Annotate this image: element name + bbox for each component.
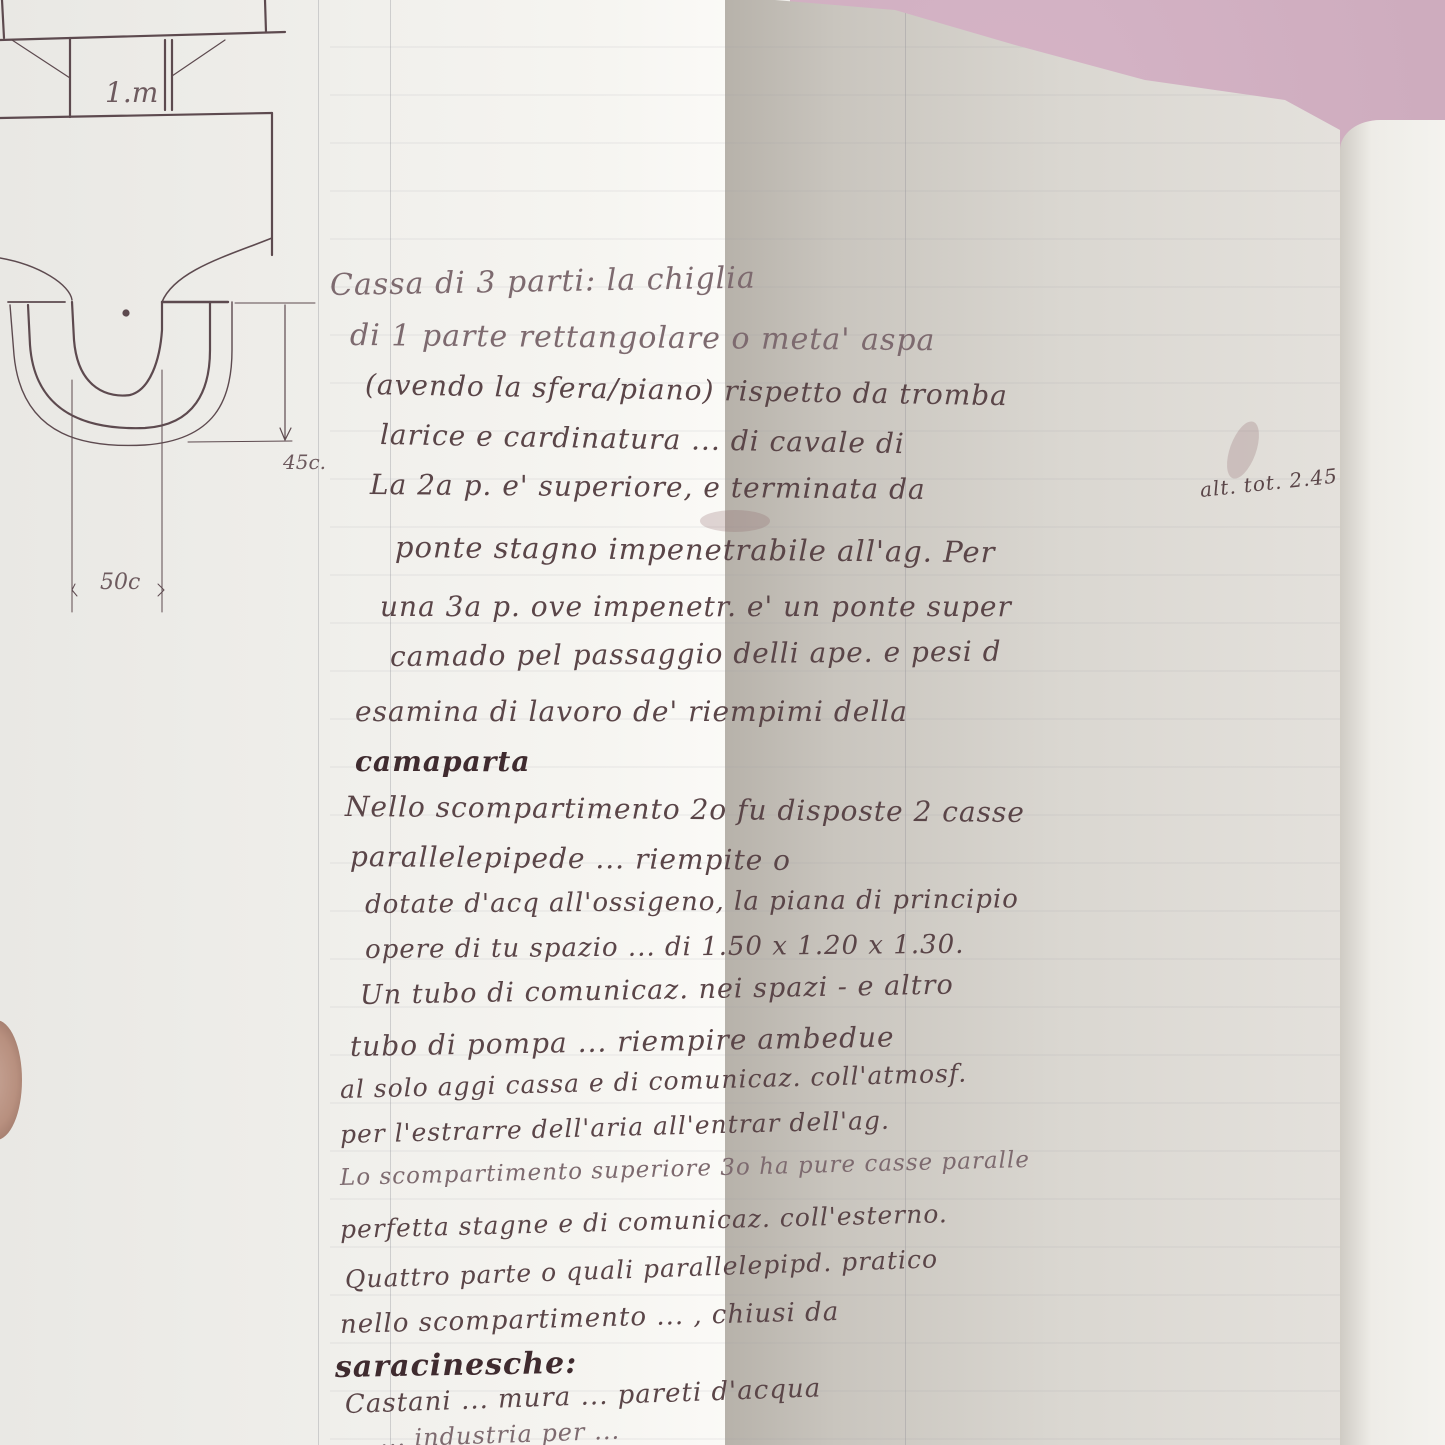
sketch-label-bottom-width: 50c bbox=[100, 570, 140, 595]
manuscript-line: camaparta bbox=[355, 745, 531, 778]
manuscript-line: di 1 parte rettangolare o meta' aspa bbox=[350, 318, 936, 358]
manuscript-line: una 3a p. ove impenetr. e' un ponte supe… bbox=[380, 590, 1012, 623]
manuscript-line: Nello scompartimento 2o fu disposte 2 ca… bbox=[345, 790, 1025, 829]
manuscript-line: camado pel passaggio delli ape. e pesi d bbox=[390, 635, 1002, 673]
sketch-label-height: 45c. bbox=[283, 450, 326, 474]
siphon-sketch bbox=[0, 0, 330, 640]
manuscript-line: esamina di lavoro de' riempimi della bbox=[355, 695, 908, 728]
ink-stain bbox=[700, 510, 770, 532]
manuscript-line: ponte stagno impenetrabile all'ag. Per bbox=[395, 530, 996, 569]
manuscript-line: saracinesche: bbox=[335, 1346, 578, 1385]
manuscript-line: La 2a p. e' superiore, e terminata da bbox=[370, 468, 926, 506]
back-sheet bbox=[1340, 120, 1445, 1445]
manuscript-line: parallelepipede ... riempite o bbox=[350, 840, 791, 877]
thumb bbox=[0, 1020, 22, 1140]
manuscript-line: opere di tu spazio ... di 1.50 x 1.20 x … bbox=[365, 930, 965, 965]
manuscript-line: Cassa di 3 parti: la chiglia bbox=[330, 261, 756, 303]
sketch-label-top-width: 1.m bbox=[105, 76, 158, 109]
manuscript-line: dotate d'acq all'ossigeno, la piana di p… bbox=[365, 884, 1019, 920]
